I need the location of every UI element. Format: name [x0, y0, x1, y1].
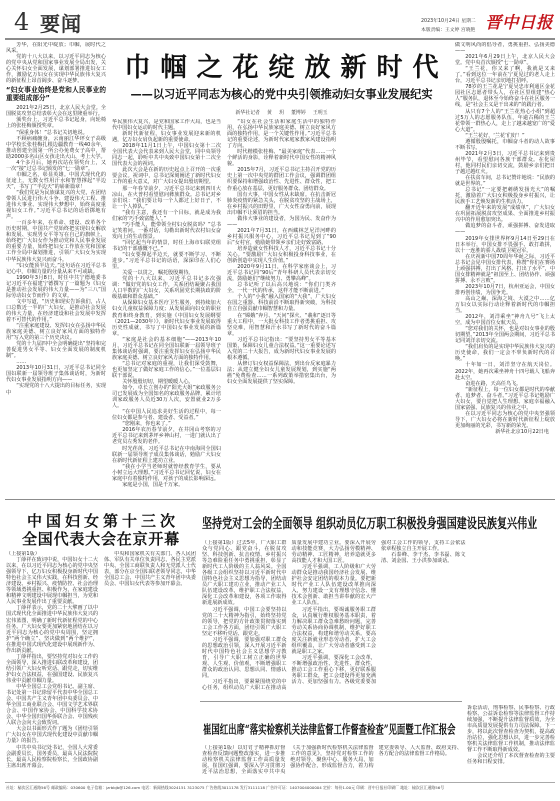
- feature-left-column: 芳华，在阳光中绽放；巾帼，展时代之风采。党的十八大以来，以习近平同志为核心的党中…: [6, 42, 106, 490]
- paragraph: “妇女能顶半边天。”这句话在习近平总书记心中，巾帼力量的分量从来不可或缺。: [6, 263, 106, 275]
- paragraph: “回忆起当年的情景，时任上海市妇联党组书记的干部感慨不已。”: [112, 240, 221, 252]
- feature-subtitle: ——以习近平同志为核心的党中央引领推动妇女事业发展纪实: [112, 88, 451, 102]
- paragraph: 2023年10月7日，杭州亚运会，中国女排再创佳绩，为国争光。: [455, 284, 555, 296]
- paragraph: 2013年10月31日，习近平总书记同全国妇联新一届领导班子集体谈话时，为新时代…: [6, 365, 106, 383]
- dateline: 新华社北京10月22日电: [455, 429, 555, 435]
- issue-date: 2023年10月24日 星期二: [421, 19, 476, 25]
- paragraph: “我有主意，我还有一个目标，就是成为我们家的‘巧手致富能人’。”: [112, 210, 221, 222]
- newspaper-masthead-logo: 晋中日报: [485, 11, 553, 35]
- paragraph: 4个多月后，她再次站在领奖台上，又一次“接”过总书记颁发的“七一勋章”。: [6, 160, 106, 172]
- paragraph: 新时代新征程，妇女事业发展迎来新的机遇，亿万妇女肩负起新的重要使命。: [112, 131, 221, 143]
- footer-imprint: 社址：榆次区汇通路56号 邮政编码：030600 电子信箱：jzrbbjb@12…: [6, 785, 556, 790]
- paragraph: 芳华，在阳光中绽放；巾帼，展时代之风采。: [6, 42, 106, 54]
- paragraph: 在以习近平同志为核心的党中央坚强领导下，广大妇女必将在新时代新征程上绽放更加绚丽…: [455, 411, 555, 429]
- paragraph: 巾帼之名，彰显英雄。中国式现代化的征途上，无数女性用汗水和智慧撑起“半边天”，书…: [6, 172, 106, 190]
- section-title: 要闻: [40, 12, 82, 36]
- paragraph: 高山之巅、深海之境、大漠之中……亿万妇女以实际行动诠释着新时代的巾帼担当。: [455, 296, 555, 314]
- paragraph: 党的十八大以来，习近平总书记多次强调：“做好党的妇女工作，关系团结凝聚占我国人口…: [112, 276, 221, 300]
- paragraph: 从修订妇女权益保障法，到出台反家庭暴力法；从建立健全妇女儿童发展规划，到实施“两…: [227, 361, 336, 385]
- paragraph: “实现党的十八大提出的目标任务，实现中: [6, 383, 106, 395]
- paragraph: 丁薛祥在致词中说，中国妇女十二大以来，在以习近平同志为核心的党中央坚强领导下，亿…: [6, 557, 98, 605]
- paragraph: “我们肩负的是实现中华民族伟大复兴的历史使命，我们一定会不辜负新时代的召唤。”: [455, 344, 555, 362]
- paragraph: 遵循殷殷嘱托，巾帼奋斗者的动人故事不断书写。: [455, 139, 555, 151]
- paragraph: “我在小学当老师时就曾经教育学生，要从小树立远大理想。”习近平总书记回忆说，妇女…: [112, 464, 221, 482]
- paragraph: 总书记听了以后高兴地说：“你们门类齐全，一代一代的传承，这样才能不断前进。”: [227, 282, 336, 294]
- paragraph: 中华全国总工会党组书记、副主席、书记处第一书记徐留平代表中华全国总工会、中国共产…: [6, 684, 98, 726]
- paragraph: 2015年7月，习近平总书记主持召开党的历史上第一次中央党的群团工作会议，强调群…: [227, 167, 336, 191]
- paragraph: 做文明风尚的倡导者，勇挑重担、弘扬美德——: [455, 42, 555, 54]
- congress-body: （上接第1版）丁薛祥在致词中说，中国妇女十二大以来，在以习近平同志为核心的党中央…: [6, 551, 196, 777]
- article-divider: [200, 701, 462, 702]
- paragraph: 2021年2月3日，习近平总书记来到贵州毕节，看望慰问各族干部群众。在化屋村，他…: [455, 151, 555, 175]
- feature-headline: 巾帼之花绽放新时代: [112, 52, 451, 84]
- paragraph: 十年如一日，刘洋坚守在航天岗位。2022年，她再次乘坐神舟十四号载人飞船奔赴太空…: [455, 362, 555, 380]
- paragraph: 2021年7月31日，在西藏林芝尼洋河畔的乡村振兴服务中心，习近平总书记见到了“…: [227, 228, 336, 246]
- paragraph: 诉讼活动，刑事检察、民事检察、行政检察、公益诉讼检察等法律监督工作持续加强，不断…: [467, 705, 555, 753]
- paragraph: 在扶贫车间，总书记赞许地说：“民族的就是世界的。”: [455, 175, 555, 187]
- paragraph: 丁薛祥表示，党的二十大擘画了以中国式现代化全面推进中华民族伟大复兴的宏伟蓝图，明…: [6, 605, 98, 653]
- paragraph: 2020年9月11日，在科学家座谈会上，习近平总书记同“90后”青年科研人员代表…: [227, 264, 336, 282]
- section-divider: [5, 499, 555, 500]
- paragraph: 国有大事，中国女性从未缺席。在抗击新冠肺炎疫情的紧急关头，在脱贫攻坚的主战场上，…: [227, 192, 336, 216]
- paragraph: “总书记对家庭的重视，让我们深受鼓舞，也更加坚定了做好家庭工作的信心。”一位基层…: [112, 361, 221, 379]
- paragraph: “新征程上，每一位妇女都是时代的奉献者、追梦者、奋斗者。”习近平总书记勉励广大妇…: [455, 387, 555, 411]
- paragraph: 时代楷模张桂梅、“最美家庭”代表……一个个鲜活的身影，诠释着新时代中国女性的精神…: [227, 149, 336, 167]
- footer-divider: [5, 782, 555, 783]
- paragraph: “妇女在社会生活和家庭生活中的独特作用，在弘扬中华民族家庭美德、树立良好家风方面…: [227, 119, 336, 149]
- subheading: “妇女事业始终是党和人民事业的重要组成部分”: [6, 86, 106, 102]
- paragraph: 不顾病痛缠身，云南丽江华坪女子高级中学校长张桂梅扎根边疆教育一线40余年，推动创…: [6, 136, 106, 160]
- paragraph: 2019年女排世界杯9月14日至29日在日本举行，中国女排不畏强手、敢打敢拼，以…: [455, 236, 555, 254]
- paragraph: “您对我们的关怀，也是对妇女事业的殷切期望。”2013年全国两会期间，习近平总书…: [455, 326, 555, 344]
- paragraph: 家庭是小国，国是千万家。: [112, 482, 221, 488]
- congress-headline-line1: 中国妇女第十三次: [6, 512, 196, 530]
- paragraph: （上接第1版）过去5年，广大职工群众与党同心、跟党奋斗，在脱贫攻坚、科技创新、抗…: [202, 540, 287, 607]
- paragraph: “妇女要撑起半边天，就要不断学习、不断进步。”习近平总书记的话语，深深印在人们心…: [112, 252, 221, 270]
- paragraph: “注重家庭建设、发挥妇女在弘扬中华民族家庭美德、树立良好家风方面的独特作用”写入…: [6, 323, 106, 341]
- paragraph: 培养造就女性科技人才，习近平总书记十分关心。“要激励广大妇女积极投身科技事业，在…: [227, 246, 336, 264]
- paragraph: 2012年，刘洋乘坐“神舟九号”飞上太空，成为中国首位女航天员。: [455, 314, 555, 326]
- paragraph: “巧手能人，能带领全村妇女脱贫吗？”总书记笑着问。一番对话，勾勒出新时代农村妇女…: [112, 222, 221, 240]
- paragraph: 习近平指出，要竭诚服务职工群众，认真履行维权服务基本职责，着力解决职工群众急难愁…: [292, 607, 377, 655]
- paragraph: 中共中央书记处书记，全国人大常委会副委员长，国务委员，最高人民法院院长，最高人民…: [6, 745, 98, 769]
- paragraph: 石泰峰、李干杰、李书磊、陈文清、刘金国、王小洪参加谈话。: [381, 552, 466, 564]
- paragraph: 1990年3月8日，时任中共宁德地委书记习近平在福建宁德撰写了一篇题为《妇女是推…: [6, 275, 106, 299]
- paragraph: 2021年6月29日上午，北京人民大会堂。党中央首次颁授“七一勋章”。: [455, 54, 555, 66]
- paragraph: 在“嫦娥”奔月、“天问”探火、“羲和”逐日等重大工程中，一大批女科技工作者勇挑重…: [227, 313, 336, 337]
- paragraph: 从保障妇女基本医疗卫生服务，到持续加大妇女儿童权益保障力度；从发展面向妇女的职业…: [112, 300, 221, 336]
- paragraph: 华民族伟大复兴，是党和国家工作大局，也是当代中国妇女运动的时代主题。: [112, 119, 221, 131]
- paragraph: 如今，卓长立创办的“阳光大姐”家政服务公司已发展成为全国知名的家政服务品牌，累计…: [112, 385, 221, 409]
- paragraph: 2016年农历春节前夕，在井冈山考察的习近平总书记来到茅坪乡神山村，一进门就认出…: [112, 427, 221, 445]
- paragraph: 习近平强调，要加强对职工群众的思想政治引领，深入开展习近平新时代中国特色社会主义…: [202, 637, 287, 679]
- paragraph: 2021年2月25日，北京人民大会堂。全国脱贫攻坚总结表彰大会在这里隆重举行。: [6, 105, 106, 117]
- header-divider: [5, 38, 555, 40]
- procuratorate-body: （上接第1版）以钉钉子精神抓好督查检查反馈问题整改落实，进一步推动检察机关法律监…: [202, 745, 462, 778]
- paragraph: “王兰花，你又来了啊，我就是又来了。”看到这位一年前在宁夏见过的老人走上台，习近…: [455, 66, 555, 84]
- paragraph: 习近平强调，中国工会要坚持以党的二十大精神为指引，始终坚持党的领导，把党的方针政…: [202, 607, 287, 637]
- paragraph: 中央和国家机关有关部门、各人民团体、军队有关单位负责同志，各民主党派中央、全国工…: [104, 551, 196, 587]
- paragraph: 做伟大事业的建设者，为国为民、发奋作为——: [227, 216, 336, 228]
- page-number: 4: [14, 9, 29, 35]
- paragraph: 78岁的王兰花是宁夏吴忠市利通区金花园社区志愿者带头人，在社区里组建“热心人”服…: [455, 84, 555, 108]
- paragraph: 在庆祝新中国70周年华诞之际，习近平总书记会见中国女排代表，称赞“你们在赛场上顽…: [455, 254, 555, 284]
- feature-byline: 新华社记者 黄 玥 董博婷 王明玉: [112, 110, 451, 116]
- paragraph: “我们党是为民族谋复兴的大党，在团结带领人民进行伟大斗争、建设伟大工程、推进伟大…: [6, 190, 106, 220]
- paragraph: 个人的“小我”融入国家的“大我”，广大妇女在国之重器、科技前沿不断取得新突破，为…: [227, 294, 336, 312]
- procuratorate-side-column: 诉讼活动，刑事检察、民事检察、行政检察、公益诉讼检察等法律监督工作持续加强，不断…: [467, 705, 555, 778]
- procuratorate-headline: 崔国红出席“落实检察机关法律监督工作督查检查”见面暨工作汇报会: [203, 722, 465, 737]
- paragraph: 文中写道，“历史和现实告诉我们，占人口总数近一半的广大妇女，是推动社会发展的伟大…: [6, 299, 106, 323]
- paragraph: 大会以书面形式作了题为《团结引领广大妇女在中国式现代化建设中贡献巾帼力量》的报告…: [6, 726, 98, 744]
- paragraph: 做追梦的奋斗者，顽强拼搏、奋发进取——: [455, 223, 555, 235]
- paragraph: 翻开近年来的发展“成绩单”，广大妇女在巩固拓展脱贫攻坚成果、全面推进乡村振兴中的…: [455, 205, 555, 223]
- paragraph: 会议还介绍了本次督查检查的主要任务和日程安排。: [467, 753, 555, 765]
- feature-middle-columns: 华民族伟大复兴，是党和国家工作大局，也是当代中国妇女运动的时代主题。新时代新征程…: [112, 119, 451, 492]
- paragraph: 一百多年来，在革命、建设、改革各个历史时期，中国共产党始终把实现妇女解放和发展、…: [6, 220, 106, 262]
- paragraph: “在中国人民追求美好生活的过程中，每一位妇女都是参与者、建设者、受益者。”: [112, 409, 221, 421]
- union-headline: 坚持党对工会的全面领导 组织动员亿万职工积极投身强国建设民族复兴伟业: [202, 517, 555, 533]
- union-body: （上接第1版）过去5年，广大职工群众与党同心、跟党奋斗，在脱贫攻坚、科技创新、抗…: [202, 540, 555, 696]
- paragraph: （上接第1版）以钉钉子精神抓好督查检查反馈问题整改落实，进一步推动检察机关法律监…: [202, 745, 462, 778]
- paragraph: 总书记“一定要把刺绣发扬光大”的嘱托，激励着广大妇女积极投身乡村振兴，让民族手工…: [455, 187, 555, 205]
- paragraph: 习近平总书记指出：“要坚持男女平等基本国策，保障妇女儿童合法权益。”这一重要论述…: [227, 337, 336, 361]
- paragraph: 此次大会是在新的历史起点上召开的一次重要会议。祝词中，总书记深刻阐述了新时代妇女…: [112, 167, 221, 185]
- paragraph: 习近平强调，工人阶级和广大劳动群众是推动我国经济社会发展、维护社会安定团结的根本…: [292, 564, 377, 606]
- feature-right-column: 做文明风尚的倡导者，勇挑重担、弘扬美德——2021年6月29日上午，北京人民大会…: [455, 42, 555, 490]
- paragraph: 从只有7个人的“王兰花热心小组”到超过5万人的志愿服务队伍，年逾古稀的王兰花带领…: [455, 109, 555, 133]
- paragraph: 2018年11月1日上午，中国妇女第十二次全国代表大会代表来到人民大会堂，同中央…: [112, 143, 221, 167]
- paragraph: 颁奖台上，习近平总书记起身，向轮椅上的张桂梅颁授奖章。: [6, 117, 106, 129]
- congress-headline-line2: 全国代表大会在京开幕: [6, 530, 196, 548]
- paragraph: 党的十八大以来，以习近平同志为核心的党中央从党和国家事业发展全局出发，关心关怀妇…: [6, 54, 106, 84]
- paragraph: 那一年春节前夕，习近平总书记来到四川大凉山，在火普村看望慰问彝族群众。总书记对乡…: [112, 186, 221, 210]
- paragraph: 丁薛祥指出，要坚持党对妇女工作的全面领导，深入推进妇联改革和建设，团结引领广大妇…: [6, 654, 98, 684]
- paragraph: “家庭是社会的基本细胞”——2013年10月，习近平总书记在同全国妇联新一届领导…: [112, 337, 221, 361]
- page-editors: 本版责编：王文婷 宫晓艳: [421, 28, 475, 34]
- paragraph: 党的十九届四中全会明确提出“坚持和完善促进男女平等、妇女全面发展的制度机制”。: [6, 341, 106, 359]
- paragraph: 时光荏苒，习近平总书记在中南海同全国妇联新一届领导班子成员集体谈话，勉励广大妇女…: [112, 446, 221, 464]
